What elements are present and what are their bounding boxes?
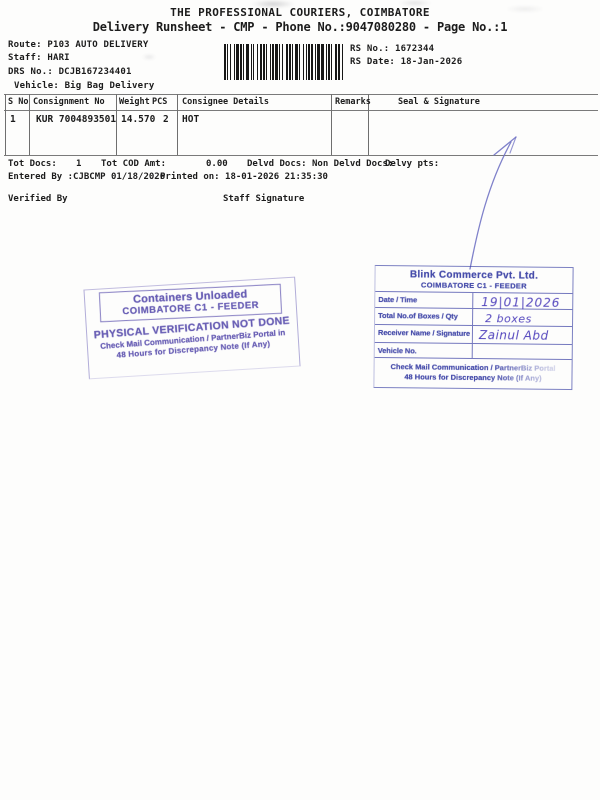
table-grid-line bbox=[29, 94, 30, 155]
table-header-rule bbox=[4, 110, 598, 111]
stamp-footer-48-hours: 48 Hours for Discrepancy Note (If Any) bbox=[374, 372, 571, 383]
stamp-row-vehicle: Vehicle No. bbox=[375, 343, 572, 360]
row-weight: 14.570 bbox=[121, 114, 155, 125]
route-field: Route: P103 AUTO DELIVERY bbox=[8, 40, 148, 50]
stamp-branch-name: COIMBATORE C1 - FEEDER bbox=[375, 280, 572, 291]
drs-no-field: DRS No.: DCJB167234401 bbox=[8, 67, 132, 77]
rs-date-field: RS Date: 18-Jan-2026 bbox=[350, 57, 462, 67]
containers-unloaded-stamp: Containers Unloaded COIMBATORE C1 - FEED… bbox=[83, 277, 300, 380]
tot-cod-value: 0.00 bbox=[206, 159, 228, 169]
page-title: THE PROFESSIONAL COURIERS, COIMBATORE bbox=[0, 6, 600, 19]
table-grid-line bbox=[116, 94, 117, 155]
table-grid-line bbox=[5, 94, 6, 155]
row-consignee: HOT bbox=[182, 114, 199, 125]
stamp-row-boxes: Total No.of Boxes / Qty 2 boxes bbox=[375, 308, 572, 327]
col-header-pcs: PCS bbox=[152, 97, 167, 107]
handwritten-signature: Zainul Abd bbox=[479, 328, 549, 343]
table-grid-line bbox=[177, 94, 178, 155]
tot-docs-value: 1 bbox=[76, 159, 81, 169]
handwritten-boxes: 2 boxes bbox=[485, 312, 532, 325]
delivery-runsheet-document: THE PROFESSIONAL COURIERS, COIMBATORE De… bbox=[0, 0, 600, 800]
printed-on: Printed on: 18-01-2026 21:35:30 bbox=[160, 172, 328, 182]
delvd-docs-label: Delvd Docs: bbox=[247, 159, 307, 169]
entered-by: Entered By :CJBCMP 01/18/2026 bbox=[8, 172, 165, 182]
table-bottom-rule bbox=[4, 155, 598, 156]
staff-field: Staff: HARI bbox=[8, 53, 70, 63]
page-subtitle: Delivery Runsheet - CMP - Phone No.:9047… bbox=[0, 20, 600, 34]
row-consignment: KUR 7004893501 bbox=[36, 114, 116, 125]
tot-cod-label: Tot COD Amt: bbox=[101, 159, 166, 169]
col-header-consignee: Consignee Details bbox=[182, 97, 269, 107]
col-header-remarks: Remarks bbox=[335, 97, 371, 107]
verified-by-label: Verified By bbox=[8, 194, 68, 204]
stamp-form-table: Date / Time 19|01|2026 Total No.of Boxes… bbox=[375, 291, 573, 360]
col-header-seal: Seal & Signature bbox=[398, 97, 480, 107]
tot-docs-label: Tot Docs: bbox=[8, 159, 57, 169]
barcode bbox=[224, 44, 346, 80]
staff-signature-label: Staff Signature bbox=[223, 194, 304, 204]
date-time-label: Date / Time bbox=[375, 292, 473, 308]
vehicle-no-label: Vehicle No. bbox=[375, 343, 473, 358]
table-top-rule bbox=[4, 94, 598, 95]
scan-smudge bbox=[142, 55, 156, 59]
handwritten-date: 19|01|2026 bbox=[481, 295, 560, 310]
blink-commerce-stamp: Blink Commerce Pvt. Ltd. COIMBATORE C1 -… bbox=[373, 265, 573, 390]
col-header-consignment: Consignment No bbox=[33, 97, 105, 107]
row-pcs: 2 bbox=[163, 114, 169, 125]
total-boxes-label: Total No.of Boxes / Qty bbox=[375, 308, 473, 325]
col-header-sno: S No bbox=[8, 97, 28, 107]
vehicle-no-value bbox=[473, 344, 572, 359]
stamp-row-receiver: Receiver Name / Signature Zainul Abd bbox=[375, 325, 572, 345]
non-delvd-docs-label: Non Delvd Docs: bbox=[312, 159, 393, 169]
table-grid-line bbox=[331, 94, 332, 155]
col-header-weight: Weight bbox=[119, 97, 150, 107]
delvy-pts-label: Delvy pts: bbox=[385, 159, 439, 169]
row-sno: 1 bbox=[10, 114, 16, 125]
rs-no-field: RS No.: 1672344 bbox=[350, 44, 434, 54]
vehicle-field: Vehicle: Big Bag Delivery bbox=[14, 81, 154, 91]
receiver-name-label: Receiver Name / Signature bbox=[375, 325, 473, 343]
